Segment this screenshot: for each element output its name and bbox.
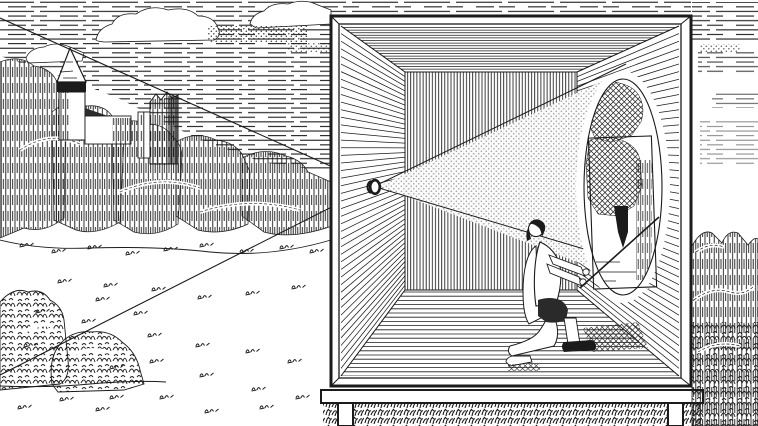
- grass-tuft: [160, 395, 174, 399]
- grass-tuft: [96, 297, 110, 301]
- grass-tuft: [96, 407, 110, 411]
- grass-tuft: [292, 285, 306, 289]
- grass-tuft: [148, 333, 162, 337]
- pinhole: [368, 180, 380, 194]
- grass-tuft: [88, 245, 102, 249]
- grass-tuft: [252, 387, 266, 391]
- camera-obscura-illustration: [0, 0, 758, 426]
- grass-tuft: [280, 245, 294, 249]
- grass-tuft: [310, 249, 324, 253]
- grass-tuft: [18, 405, 32, 409]
- grass-tuft: [52, 249, 66, 253]
- grass-tuft: [134, 311, 148, 315]
- camera-obscura-box: [331, 16, 691, 386]
- front-shoe: [562, 340, 596, 352]
- hand: [583, 269, 589, 275]
- grass-tuft: [110, 395, 124, 399]
- grass-tuft: [260, 405, 274, 409]
- foot-shadow: [508, 364, 540, 371]
- grass-tuft: [288, 359, 302, 363]
- bushes-right: [692, 232, 758, 426]
- grass-tuft: [196, 343, 210, 347]
- grass-tuft: [104, 283, 118, 287]
- grass-tuft: [200, 373, 214, 377]
- hill-line: [0, 240, 331, 254]
- grass-tuft: [296, 395, 310, 399]
- grass-tuft: [246, 349, 260, 353]
- grass-tuft: [205, 409, 219, 413]
- engraving-canvas: [0, 0, 758, 426]
- grass-tuft: [152, 287, 166, 291]
- grass-tuft: [246, 291, 260, 295]
- grass-tuft: [200, 243, 214, 247]
- grass-tuft: [82, 319, 96, 323]
- grass-tuft: [60, 397, 74, 401]
- table-top: [321, 390, 703, 403]
- grass-tuft: [150, 359, 164, 363]
- grass-tuft: [58, 279, 72, 283]
- table-leg-left: [338, 403, 353, 426]
- projection-screen: [576, 71, 670, 303]
- bushes-left: [0, 290, 166, 392]
- table-stand: [321, 390, 703, 426]
- grass-tuft: [126, 251, 140, 255]
- grass-tuft: [198, 295, 212, 299]
- table-leg-right: [668, 403, 683, 426]
